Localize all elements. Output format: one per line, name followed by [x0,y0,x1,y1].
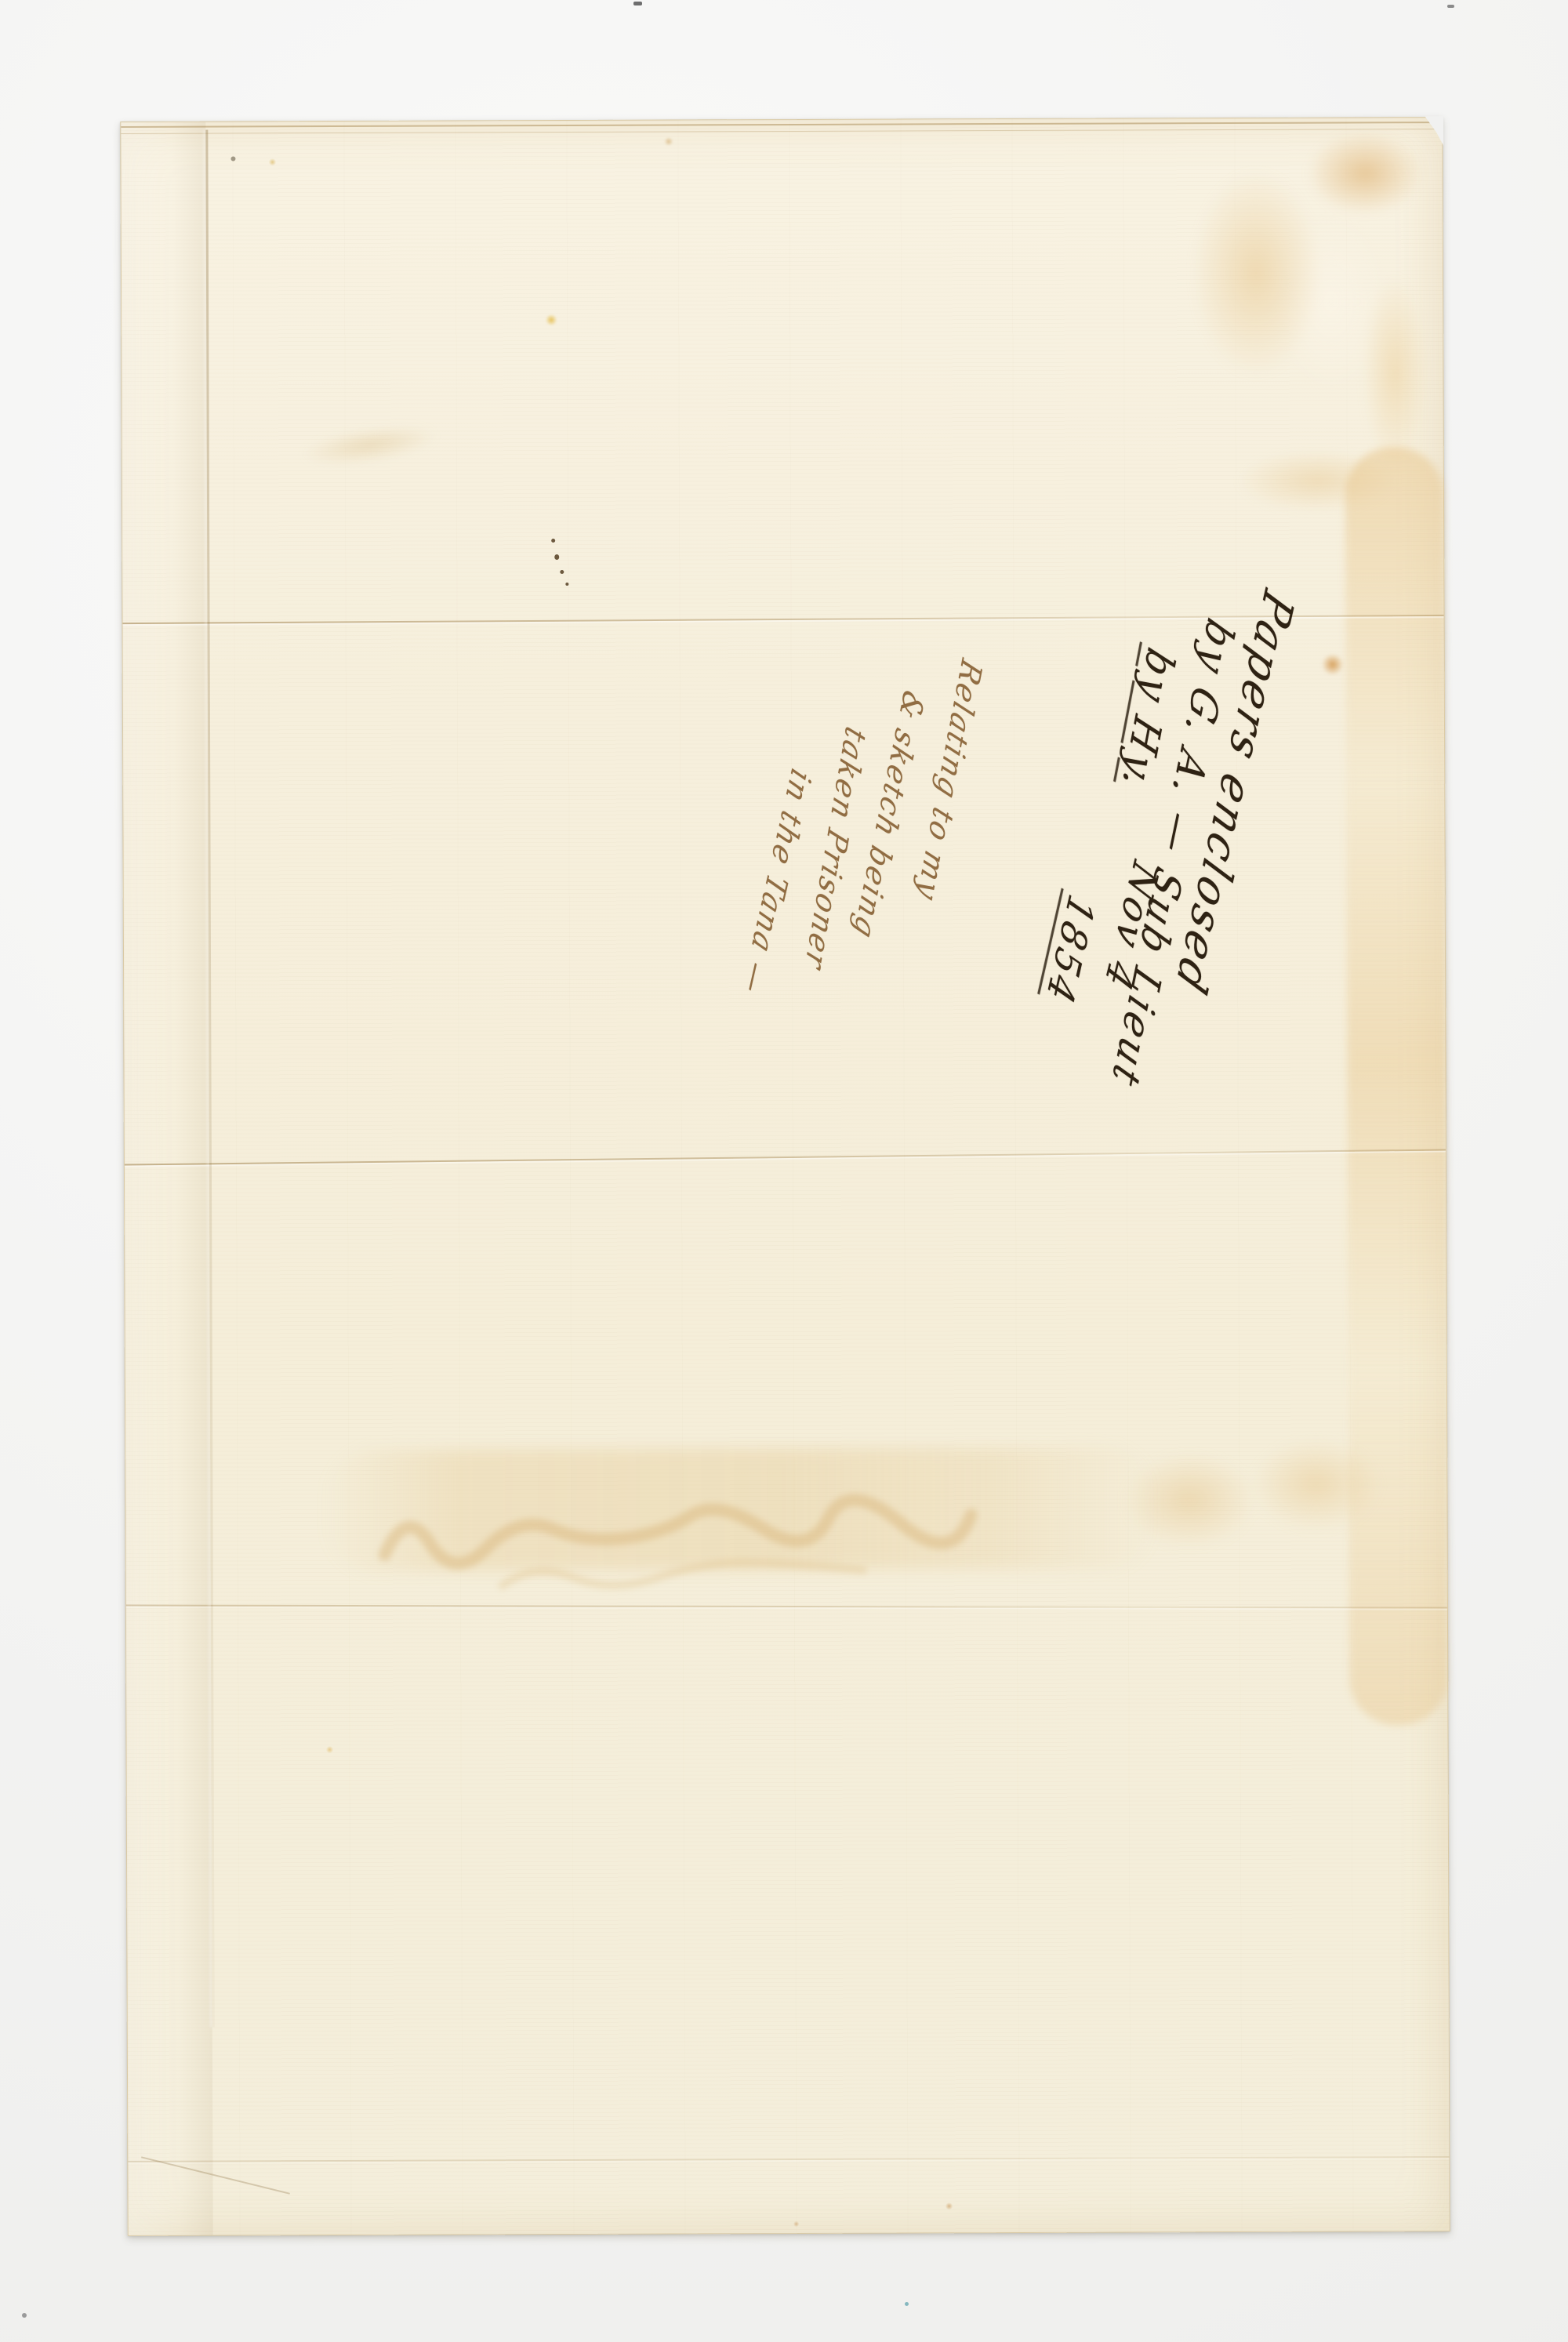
left-fold-panel [121,122,212,2235]
fold-crease-bottom [128,2156,1449,2162]
ink-showthrough-squiggle [361,1450,1185,1625]
fold-crease-middle [125,1149,1446,1165]
docket-line-year: 1854 [1037,888,1102,1013]
rust-spot [793,2221,800,2227]
ink-speck [554,554,559,560]
ink-speck [560,570,564,574]
photo-speck [1447,5,1454,8]
ink-speck [551,539,555,543]
foxing-spot [663,137,673,145]
rust-spot [946,2202,953,2209]
foxing-spot [326,1746,334,1753]
foxing-spot [1321,655,1345,675]
foxing-spot [268,158,276,165]
foxing-spot [545,314,557,325]
docket-note-line: & sketch being [847,685,931,945]
folded-top-edge [121,122,1442,134]
docket-note-line: Relating to my [910,655,989,907]
torn-corner [1425,116,1443,146]
photo-speck [633,2,642,5]
photo-speck [22,2313,27,2318]
photo-backdrop: Papers enclosed by G. A. — Sub Lieut by … [0,0,1568,2342]
ink-speck [565,583,568,586]
letter-sheet-verso: Papers enclosed by G. A. — Sub Lieut by … [120,117,1450,2236]
dark-speck [230,156,235,161]
stain-top-right [1157,114,1447,531]
photo-speck [905,2302,909,2306]
faint-smudge [299,419,440,472]
stain-right-edge [1345,447,1448,1725]
